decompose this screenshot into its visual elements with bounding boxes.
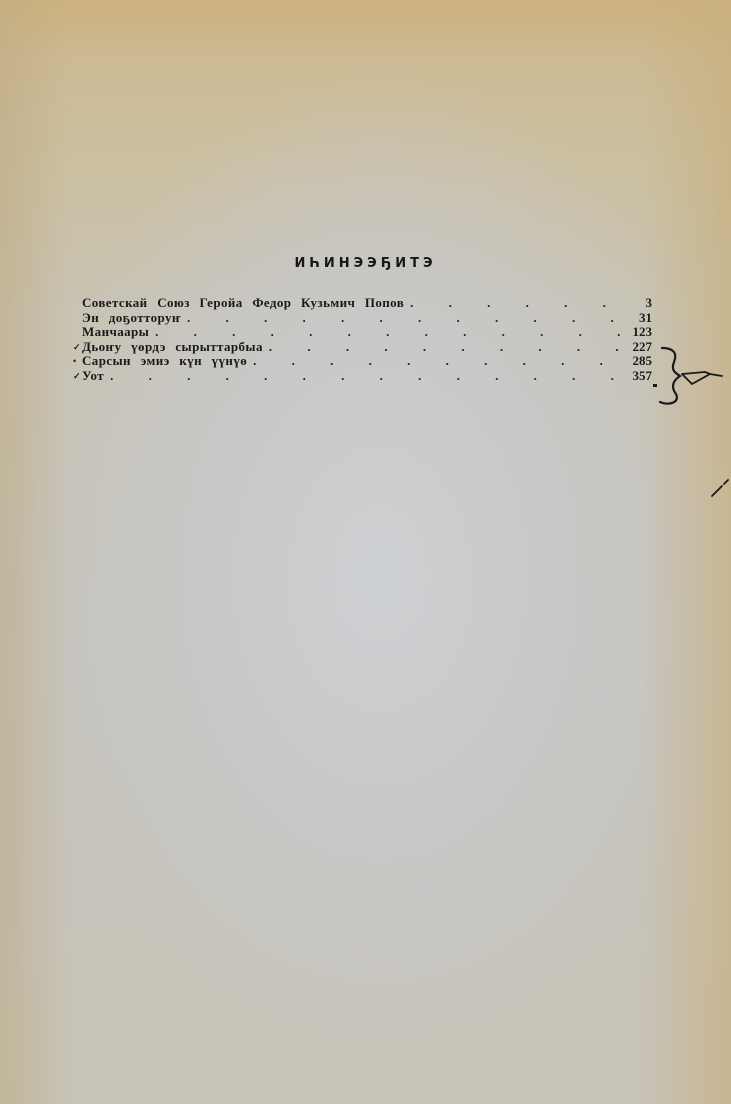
toc-entry-title: Советскай Союз Геройа Федор Кузьмич Попо… bbox=[82, 296, 410, 311]
toc-entry[interactable]: ✓ Уот 357 bbox=[82, 369, 652, 384]
toc-entry[interactable]: ✓ Дьоҥу үөрдэ сырыттарбыа 227 bbox=[82, 340, 652, 355]
paper-stain-top bbox=[0, 0, 731, 60]
toc-entry[interactable]: Манчаары 123 bbox=[82, 325, 652, 340]
paper-stain-right bbox=[641, 0, 731, 1104]
toc-entry-page: 3 bbox=[626, 296, 652, 311]
margin-mark: • bbox=[73, 354, 76, 369]
toc-entry[interactable]: Советскай Союз Геройа Федор Кузьмич Попо… bbox=[82, 296, 652, 311]
pen-stroke-icon bbox=[708, 470, 731, 500]
dot-leader bbox=[253, 354, 626, 369]
toc-entry-page: 31 bbox=[626, 311, 652, 326]
toc-entry-title: Сарсын эмиэ күн үүнүө bbox=[82, 354, 253, 369]
margin-mark: ✓ bbox=[73, 369, 81, 384]
toc-entry-title: Уот bbox=[82, 369, 110, 384]
page-title: ИҺИНЭЭҔИТЭ bbox=[0, 256, 731, 271]
toc-entry[interactable]: • Сарсын эмиэ күн үүнүө 285 bbox=[82, 354, 652, 369]
dot-leader bbox=[187, 311, 626, 326]
margin-mark: ✓ bbox=[73, 340, 81, 355]
dot-leader bbox=[110, 369, 626, 384]
toc-entry-title: Манчаары bbox=[82, 325, 155, 340]
toc-entry-page: 285 bbox=[626, 354, 652, 369]
toc-entry-title: Эн доҕотторуҥ bbox=[82, 311, 187, 326]
toc-entry-page: 123 bbox=[626, 325, 652, 340]
handwritten-brace-arrow-icon bbox=[650, 340, 731, 410]
table-of-contents: Советскай Союз Геройа Федор Кузьмич Попо… bbox=[82, 296, 652, 383]
dot-leader bbox=[410, 296, 626, 311]
toc-entry-page: 227 bbox=[626, 340, 652, 355]
dot-leader bbox=[269, 340, 626, 355]
toc-entry-page: 357 bbox=[626, 369, 652, 384]
dot-leader bbox=[155, 325, 626, 340]
toc-entry-title: Дьоҥу үөрдэ сырыттарбыа bbox=[82, 340, 269, 355]
toc-entry[interactable]: Эн доҕотторуҥ 31 bbox=[82, 311, 652, 326]
paper-stain-left bbox=[0, 0, 70, 1104]
